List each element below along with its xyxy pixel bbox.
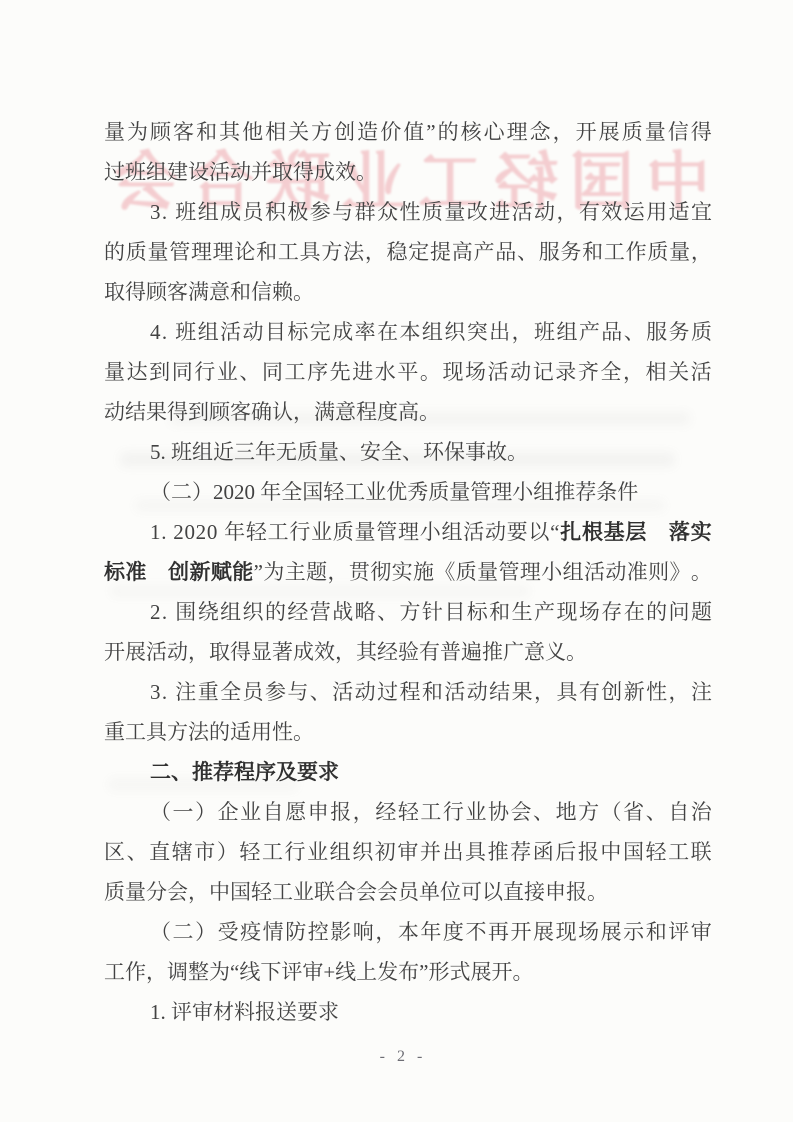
text-line: 量为顾客和其他相关方创造价值”的核心理念，开展质量信得 [104, 112, 712, 152]
text-line: 过班组建设活动并取得成效。 [104, 152, 712, 192]
text-line: 5. 班组近三年无质量、安全、环保事故。 [104, 432, 712, 472]
text-line: 量达到同行业、同工序先进水平。现场活动记录齐全，相关活 [104, 352, 712, 392]
text-line: （一）企业自愿申报，经轻工行业协会、地方（省、自治 [104, 792, 712, 832]
text-line: 1. 2020 年轻工行业质量管理小组活动要以“扎根基层 落实 [104, 512, 712, 552]
text-line: 4. 班组活动目标完成率在本组织突出，班组产品、服务质 [104, 312, 712, 352]
text-line: 动结果得到顾客确认，满意程度高。 [104, 392, 712, 432]
text-line: 3. 注重全员参与、活动过程和活动结果，具有创新性，注 [104, 672, 712, 712]
text-line: 3. 班组成员积极参与群众性质量改进活动，有效运用适宜 [104, 192, 712, 232]
text-line: 质量分会，中国轻工业联合会会员单位可以直接申报。 [104, 872, 712, 912]
text-line: 2. 围绕组织的经营战略、方针目标和生产现场存在的问题 [104, 592, 712, 632]
text-line: （二）2020 年全国轻工业优秀质量管理小组推荐条件 [104, 472, 712, 512]
document-page: 中国轻工业联合会 量为顾客和其他相关方创造价值”的核心理念，开展质量信得过班组建… [0, 0, 793, 1122]
text-line: 二、推荐程序及要求 [104, 752, 712, 792]
page-number: - 2 - [0, 1048, 793, 1066]
text-line: 重工具方法的适用性。 [104, 712, 712, 752]
text-line: 取得顾客满意和信赖。 [104, 272, 712, 312]
text-line: （二）受疫情防控影响，本年度不再开展现场展示和评审 [104, 912, 712, 952]
text-line: 开展活动，取得显著成效，其经验有普遍推广意义。 [104, 632, 712, 672]
text-line: 工作，调整为“线下评审+线上发布”形式展开。 [104, 952, 712, 992]
text-line: 的质量管理理论和工具方法，稳定提高产品、服务和工作质量， [104, 232, 712, 272]
text-line: 1. 评审材料报送要求 [104, 992, 712, 1032]
document-body: 量为顾客和其他相关方创造价值”的核心理念，开展质量信得过班组建设活动并取得成效。… [104, 112, 712, 1032]
text-line: 区、直辖市）轻工行业组织初审并出具推荐函后报中国轻工联 [104, 832, 712, 872]
text-line: 标准 创新赋能”为主题，贯彻实施《质量管理小组活动准则》。 [104, 552, 712, 592]
